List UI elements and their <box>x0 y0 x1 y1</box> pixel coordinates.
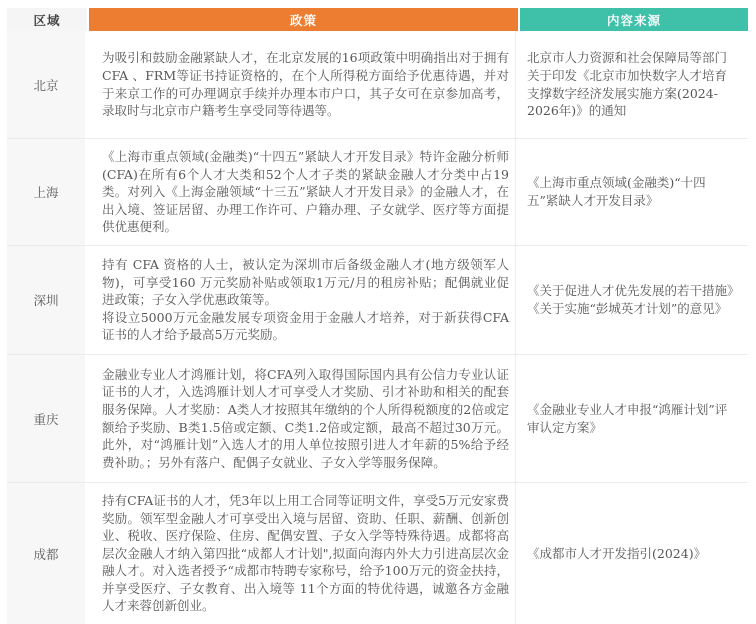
header-source: 内容来源 <box>520 8 748 31</box>
source-text: 《金融业专业人才申报“鸿雁计划”评审认定方案》 <box>516 355 743 482</box>
policy-table: 区域 政策 内容来源 北京 为吸引和鼓励金融紧缺人才，在北京发展的16项政策中明… <box>7 8 748 624</box>
header-policy: 政策 <box>89 8 518 31</box>
region-label: 重庆 <box>7 355 87 482</box>
table-row-chengdu: 成都 持有CFA证书的人才，凭3年以上用工合同等证明文件，享受5万元安家费奖励。… <box>7 483 748 624</box>
policy-text: 持有CFA证书的人才，凭3年以上用工合同等证明文件，享受5万元安家费奖励。领军型… <box>87 483 516 624</box>
table-row-chongqing: 重庆 金融业专业人才鸿雁计划，将CFA列入取得国际国内具有公信力专业认证证书的人… <box>7 355 748 483</box>
table-row-shanghai: 上海 《上海市重点领域(金融类)“十四五”紧缺人才开发目录》特许金融分析师(CF… <box>7 139 748 246</box>
source-text: 《关于促进人才优先发展的若干措施》《关于实施“彭城英才计划”的意见》 <box>516 246 743 354</box>
policy-text: 《上海市重点领域(金融类)“十四五”紧缺人才开发目录》特许金融分析师(CFA)在… <box>87 139 516 245</box>
policy-text: 金融业专业人才鸿雁计划，将CFA列入取得国际国内具有公信力专业认证证书的人才，入… <box>87 355 516 482</box>
source-text: 《上海市重点领域(金融类)“十四五”紧缺人才开发目录》 <box>516 139 743 245</box>
policy-text: 持有 CFA 资格的人士，被认定为深圳市后备级金融人才(地方级领军人物)，可享受… <box>87 246 516 354</box>
region-label: 上海 <box>7 139 87 245</box>
source-text: 北京市人力资源和社会保障局等部门关于印发《北京市加快数字人才培育支撑数字经济发展… <box>516 31 743 138</box>
table-header-row: 区域 政策 内容来源 <box>7 8 748 31</box>
table-row-beijing: 北京 为吸引和鼓励金融紧缺人才，在北京发展的16项政策中明确指出对于拥有 CFA… <box>7 31 748 139</box>
table-row-shenzhen: 深圳 持有 CFA 资格的人士，被认定为深圳市后备级金融人才(地方级领军人物)，… <box>7 246 748 355</box>
policy-text: 为吸引和鼓励金融紧缺人才，在北京发展的16项政策中明确指出对于拥有 CFA 、F… <box>87 31 516 138</box>
header-region: 区域 <box>7 8 87 31</box>
region-label: 成都 <box>7 483 87 624</box>
region-label: 深圳 <box>7 246 87 354</box>
region-label: 北京 <box>7 31 87 138</box>
source-text: 《成都市人才开发指引(2024)》 <box>516 483 743 624</box>
